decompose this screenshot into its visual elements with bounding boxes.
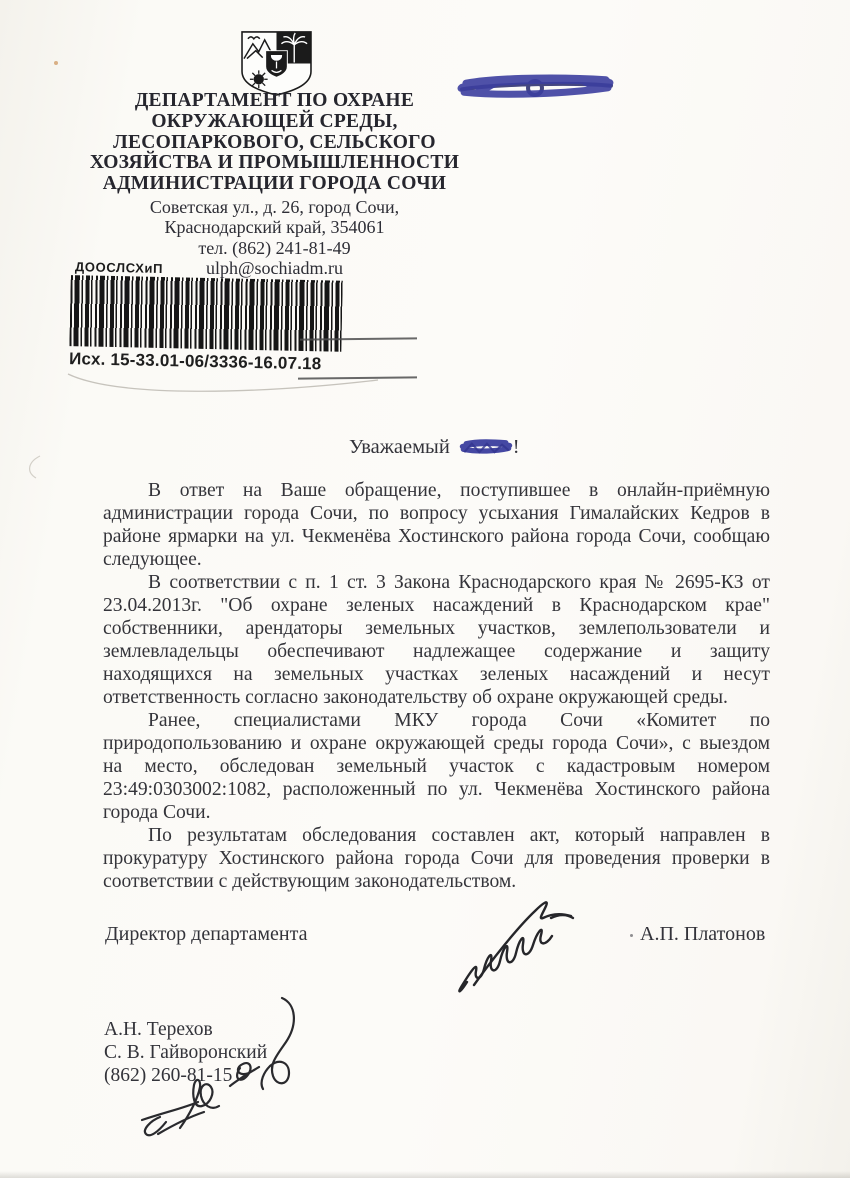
signatory-name: А.П. Платонов — [640, 923, 765, 946]
body-line: В соответствии с п. 1 ст. 3 Закона Красн… — [103, 571, 770, 594]
salutation: Уважаемый ! — [349, 436, 520, 459]
reference-rule-line — [300, 337, 417, 340]
body-line: города Сочи. — [103, 801, 770, 824]
scan-speck-artifact — [54, 61, 58, 65]
body-line: районе ярмарки на ул. Чекменёва Хостинск… — [103, 525, 770, 548]
body-line: В ответ на Ваше обращение, поступившее в… — [103, 479, 770, 502]
salutation-prefix: Уважаемый — [349, 436, 450, 458]
body-line: 23.04.2013г. "Об охране зеленых насажден… — [103, 594, 770, 617]
executor-signature — [136, 1068, 256, 1144]
salutation-suffix: ! — [513, 436, 520, 458]
org-name-line: АДМИНИСТРАЦИИ ГОРОДА СОЧИ — [72, 174, 477, 195]
org-name-line: ЛЕСОПАРКОВОГО, СЕЛЬСКОГО — [72, 133, 477, 154]
scan-dot-artifact — [630, 934, 633, 937]
org-name-line: ХОЗЯЙСТВА И ПРОМЫШЛЕННОСТИ — [72, 153, 477, 174]
barcode-stamp: ДООСЛСХиП Исх. 15-33.01-06/3336-16.07.18 — [69, 259, 349, 375]
redacted-email-scribble — [456, 67, 619, 108]
letter-body: В ответ на Ваше обращение, поступившее в… — [103, 479, 770, 893]
redacted-name-scribble — [457, 438, 515, 455]
org-address-line: Советская ул., д. 26, город Сочи, — [72, 197, 477, 217]
body-line: соответствии с действующим законодательс… — [103, 870, 770, 893]
body-line: находящихся на земельных участках зелены… — [103, 663, 770, 686]
body-line: следующее. — [103, 548, 770, 571]
scan-curl-artifact — [22, 452, 48, 482]
org-name-line: ОКРУЖАЮЩЕЙ СРЕДЫ, — [72, 112, 477, 133]
body-line: ответственность согласно законодательств… — [103, 686, 770, 709]
body-line: администрации города Сочи, по вопросу ус… — [103, 502, 770, 525]
org-address-line: Краснодарский край, 354061 — [72, 217, 477, 237]
org-name-line: ДЕПАРТАМЕНТ ПО ОХРАНЕ — [72, 91, 477, 112]
body-line: По результатам обследования составлен ак… — [103, 824, 770, 847]
letterhead: ДЕПАРТАМЕНТ ПО ОХРАНЕ ОКРУЖАЮЩЕЙ СРЕДЫ, … — [72, 91, 477, 278]
body-line: собственники, арендаторы земельных участ… — [103, 617, 770, 640]
scanned-letter-page: ДЕПАРТАМЕНТ ПО ОХРАНЕ ОКРУЖАЮЩЕЙ СРЕДЫ, … — [0, 0, 850, 1178]
scan-wrinkle-artifact — [58, 366, 388, 408]
body-line: 23:49:0303002:1082, расположенный по ул.… — [103, 778, 770, 801]
body-line: прокуратуру Хостинского района города Со… — [103, 847, 770, 870]
body-line: на место, обследован земельный участок с… — [103, 755, 770, 778]
org-phone: тел. (862) 241-81-49 — [72, 238, 477, 258]
body-line: Ранее, специалистами МКУ города Сочи «Ко… — [103, 709, 770, 732]
body-line: природопользованию и охране окружающей с… — [103, 732, 770, 755]
body-line: землевладельцы обеспечивают надлежащее с… — [103, 640, 770, 663]
sochi-coat-of-arms-icon — [229, 30, 324, 97]
signatory-position: Директор департамента — [105, 923, 307, 946]
director-signature — [447, 884, 577, 996]
